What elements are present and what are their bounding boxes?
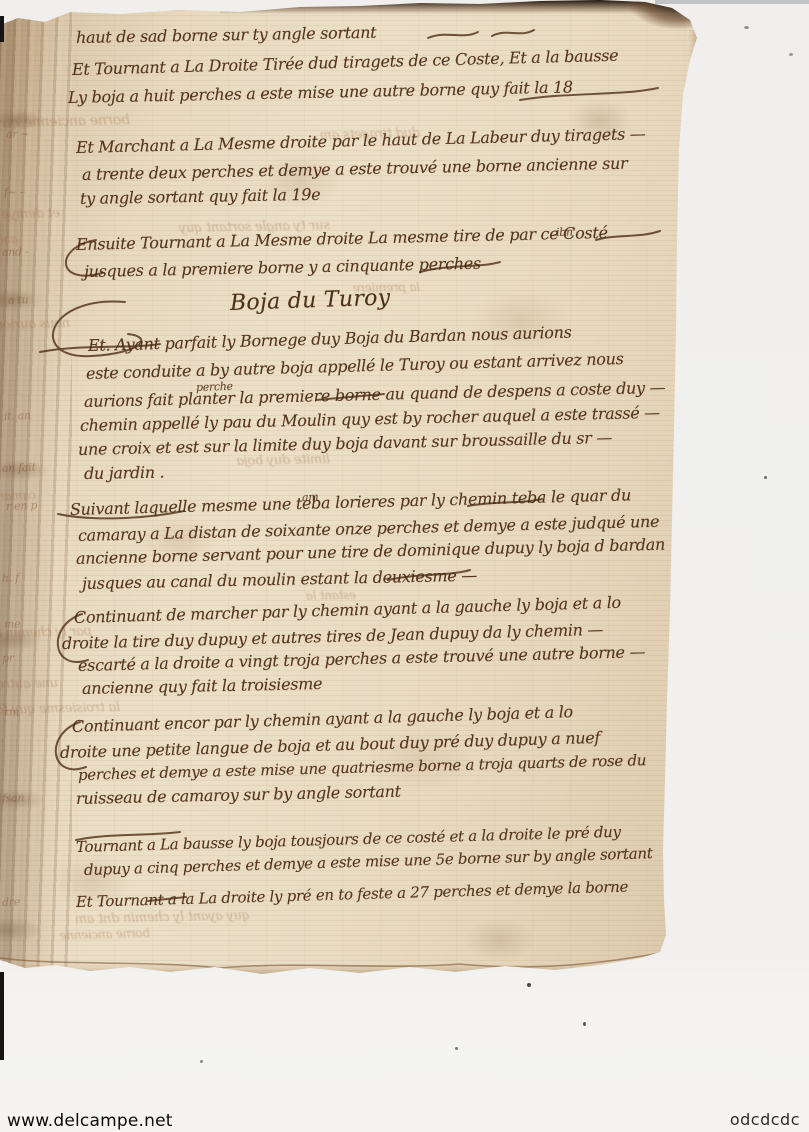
bleedthrough-line: nous aurions este conduits [0,316,70,336]
scanned-manuscript-page: Boja du Turoyhaut de sad borne sur ty an… [0,0,809,1132]
margin-mark: pr [2,652,14,665]
dust-speck [789,53,793,56]
interline-note: perche [196,380,233,394]
watermark-code: odcdcdc [730,1110,800,1129]
margin-mark: r en p [6,499,38,513]
manuscript-line: Et Tournant a la La droite ly pré en to … [76,878,629,911]
margin-mark: dre [2,895,20,909]
margin-mark: f~ - [4,185,24,199]
dust-speck [744,26,749,29]
bleedthrough-line: et demye a este trouvé une borne [0,206,60,227]
manuscript-line: haut de sad borne sur ty angle sortant [76,23,377,47]
handwritten-text-layer: Boja du Turoyhaut de sad borne sur ty an… [0,0,700,980]
margin-mark: rm [4,705,20,719]
dust-speck [455,1047,458,1050]
scanner-bed-edge [655,0,809,4]
watermark-delcampe: www.delcampe.net [7,1111,173,1131]
margin-mark: me [4,617,21,631]
interline-note: am [302,490,319,504]
manuscript-line: ruisseau de camaroy sur by angle sortant [76,782,401,808]
bleedthrough-line: quy ayant ly chemin dnt am [75,908,250,927]
scan-edge-sliver [0,972,4,1060]
manuscript-line: jusques a la premiere borne y a cinquant… [84,254,481,281]
margin-mark: ar ~ [6,127,30,141]
manuscript-line: a trente deux perches et demye a este tr… [82,154,628,184]
bleedthrough-line: sur ty angle sortant quy [179,218,330,236]
bleedthrough-line: dud tiragets am [320,126,420,143]
manuscript-line: este conduite a by autre boja appellé le… [86,349,624,383]
margin-mark: and - [2,245,29,259]
bleedthrough-line: borne ancienne [60,926,151,943]
manuscript-line: Et. Ayant parfait ly Bornege duy Boja du… [88,322,572,354]
manuscript-line: du jardin . [84,463,165,483]
dust-speck [527,983,531,987]
manuscript-line: Ensuite Tournant a La Mesme droite La me… [76,223,608,254]
paper-top-edge-shade [0,0,220,10]
paper-right-edge-shade [688,30,700,964]
bleedthrough-line: la premiere [353,280,420,295]
margin-mark: it. an [4,409,31,423]
dust-speck [200,1060,203,1063]
dust-speck [583,1022,586,1026]
manuscript-line: jusques au canal du moulin estant la deu… [82,566,477,593]
margin-mark: a tu [8,293,29,307]
scan-edge-sliver [0,16,4,42]
margin-mark: an fait [2,461,36,475]
bleedthrough-line: une autre borne ancienne [0,676,58,695]
manuscript-line: Et Tournant a La Droite Tirée dud tirage… [72,46,619,79]
interline-note: ibn [556,225,573,239]
manuscript-line: ancienne quy fait la troisiesme [82,674,323,698]
margin-mark: fsan [2,791,25,805]
manuscript-line: Ly boja a huit perches a este mise une a… [68,77,573,107]
dust-speck [764,476,767,479]
margin-mark: h. f [2,571,19,585]
bleedthrough-line: limite duy boja [236,452,330,469]
manuscript-paper-sheet: Boja du Turoyhaut de sad borne sur ty an… [0,0,700,980]
bleedthrough-line: estant la [306,588,356,603]
manuscript-line: ty angle sortant quy fait la 19e [80,185,321,208]
